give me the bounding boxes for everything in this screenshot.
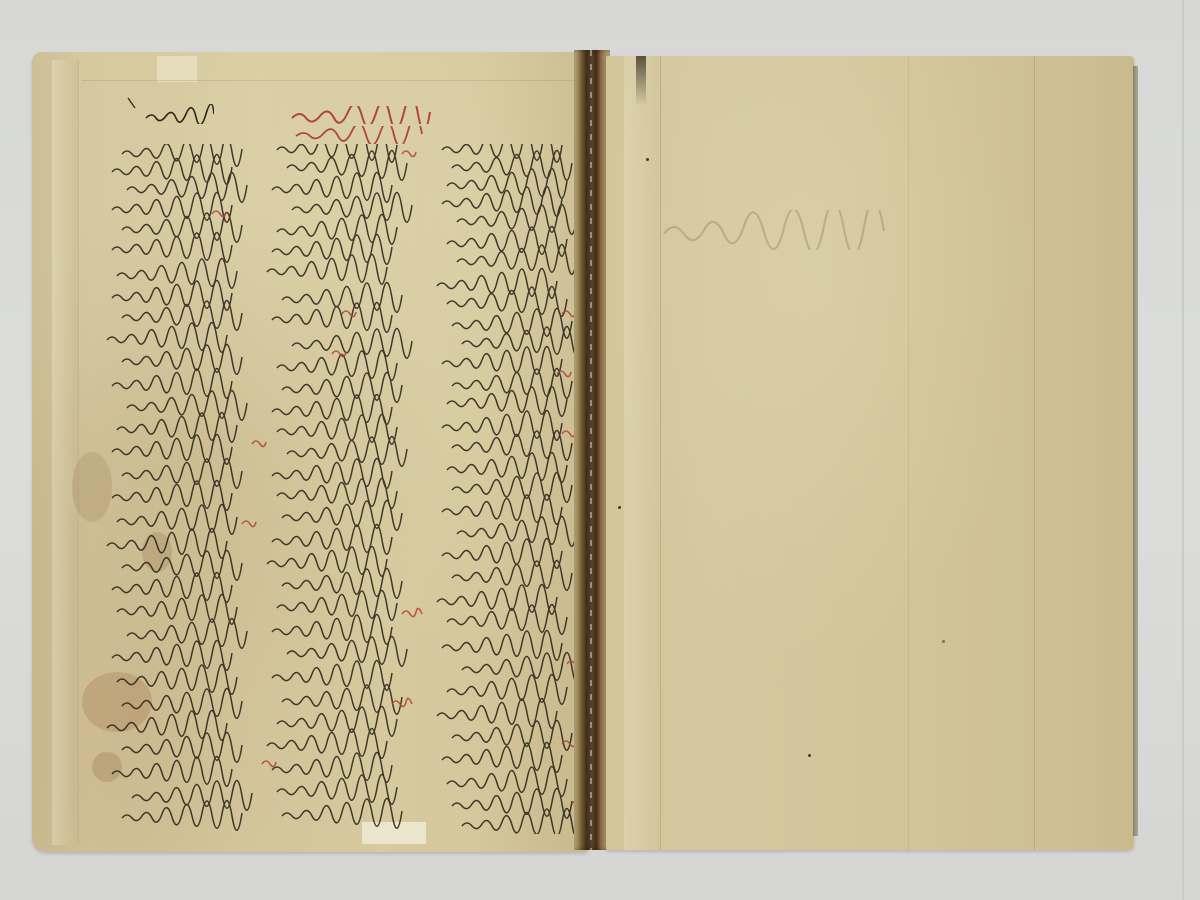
- right-page-fold: [624, 56, 661, 850]
- ghost-writing: [660, 210, 910, 250]
- ink-speck: [942, 640, 945, 643]
- margin-note: [144, 104, 214, 124]
- margin-mark: [126, 96, 138, 110]
- manuscript-photo: [0, 0, 1200, 900]
- left-page: [32, 52, 588, 852]
- ruled-line: [82, 80, 582, 81]
- ink-speck: [618, 506, 621, 509]
- ink-speck: [646, 158, 649, 161]
- book-spine: [574, 50, 610, 850]
- manuscript-text-columns: [102, 144, 582, 834]
- page-outer-edge: [1133, 66, 1138, 836]
- ink-speck: [808, 754, 811, 757]
- crease-line: [908, 56, 909, 850]
- left-page-fold: [52, 60, 79, 845]
- paper-repair-strip: [157, 56, 197, 82]
- right-page-blank: [606, 56, 1134, 850]
- backdrop-edge: [1182, 0, 1184, 900]
- heading-red-line-2: [294, 126, 434, 144]
- heading-red-line-1: [290, 106, 440, 124]
- crease-line: [1034, 56, 1035, 850]
- page-corner-shadow: [636, 56, 646, 106]
- binding-thread: [590, 50, 592, 850]
